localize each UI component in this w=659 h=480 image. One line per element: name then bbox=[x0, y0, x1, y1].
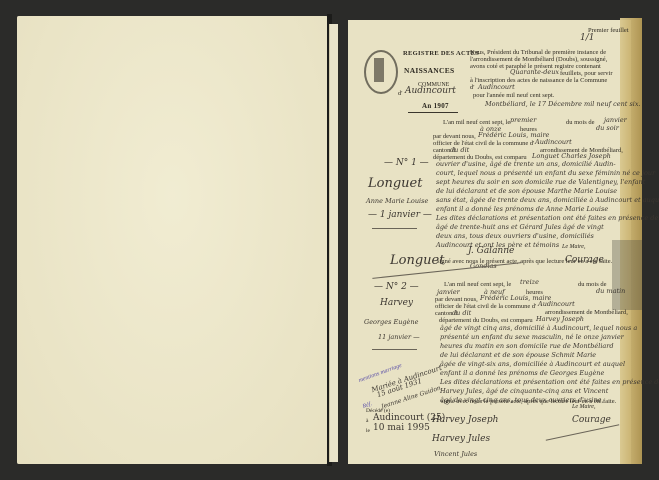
signature: Longuet bbox=[390, 253, 444, 268]
left-page-blank bbox=[17, 16, 328, 464]
cert-line4: feuillets, pour servir bbox=[560, 70, 613, 77]
act2-given-names: Georges Eugène bbox=[364, 318, 418, 326]
act1-body-line: court, lequel nous a présenté un enfant … bbox=[436, 169, 655, 177]
death-date: 10 mai 1995 bbox=[373, 423, 430, 433]
act1-surname: Longuet bbox=[368, 176, 422, 191]
seal-stamp-icon bbox=[364, 50, 398, 94]
header-rule bbox=[408, 112, 458, 113]
cert-line6-prefix: d' bbox=[470, 84, 474, 91]
act1-body-line: âgé de trente-huit ans et Gérard Jules â… bbox=[436, 223, 604, 231]
act2-body-line: présenté un enfant du sexe masculin, né … bbox=[440, 333, 624, 341]
cert-line1: Nous, Président du Tribunal de première … bbox=[470, 49, 606, 56]
death-date-prefix: le bbox=[366, 428, 370, 434]
signature: Courage bbox=[565, 255, 604, 265]
act2-date: 11 janvier — bbox=[378, 333, 420, 341]
act2-body-line: âgé de vingt cinq ans, domicilié à Audin… bbox=[440, 324, 637, 332]
act2-declarant: Harvey Joseph bbox=[536, 315, 584, 323]
act2-canton-hand: du dit bbox=[452, 309, 471, 317]
act1-period: du soir bbox=[596, 124, 619, 132]
signature: Vincent Jules bbox=[434, 450, 477, 458]
act2-body-line: Harvey Jules, âgé de cinquante-cinq ans … bbox=[440, 387, 608, 395]
act1-month-label: du mois de bbox=[566, 119, 595, 126]
act1-devant: par devant nous, bbox=[433, 133, 476, 140]
act1-body-line: sans état, âgée de trente deux ans, domi… bbox=[436, 196, 659, 204]
act2-body-line: Les dites déclarations et présentation o… bbox=[440, 378, 659, 386]
act2-surname: Harvey bbox=[380, 298, 413, 308]
act2-body-line: de lui déclarant et de son épouse Schmit… bbox=[440, 351, 596, 359]
page-number-handwritten: 1/1 bbox=[580, 33, 594, 43]
act2-month: janvier bbox=[437, 288, 460, 296]
header-commune-prefix: d' bbox=[398, 90, 402, 97]
act1-day: premier bbox=[510, 116, 536, 124]
act1-mayor-label: Le Maire, bbox=[562, 244, 585, 250]
act1-given-names: Anne Marie Louise bbox=[366, 197, 428, 205]
cert-line2: l'arrondissement de Montbéliard (Doubs),… bbox=[470, 56, 607, 63]
cert-line4-hand: Quarante-deux bbox=[510, 68, 559, 76]
act1-canton-hand: du dit bbox=[450, 146, 469, 154]
act2-commune: Audincourt bbox=[538, 300, 575, 308]
act2-period: du matin bbox=[596, 287, 625, 295]
act2-devant: par devant nous, bbox=[435, 296, 478, 303]
signature: J. Galanne bbox=[468, 246, 514, 256]
act1-officier: officier de l'état civil de la commune d… bbox=[433, 140, 534, 147]
cert-line6-hand: Audincourt bbox=[478, 83, 515, 91]
act2-body-line: âgée de vingt-six ans, domiciliée à Audi… bbox=[440, 360, 625, 368]
act1-number: — N° 1 — bbox=[384, 158, 429, 168]
act2-officier: officier de l'état civil de la commune d… bbox=[435, 303, 536, 310]
act1-body-line: de lui déclarant et de son épouse Marthe… bbox=[436, 187, 617, 195]
header-year: An 1907 bbox=[422, 102, 449, 110]
act1-month: janvier bbox=[604, 116, 627, 124]
act2-margin-rule bbox=[372, 349, 417, 350]
act2-body-line: heures du matin en son domicile rue de M… bbox=[440, 342, 614, 350]
act1-date: — 1 janvier — bbox=[368, 210, 432, 220]
act1-body-line: enfant il a donné les prénoms de Anne Ma… bbox=[436, 205, 608, 213]
header-registre: REGISTRE DES ACTES bbox=[403, 50, 479, 57]
act2-body-line: enfant il a donné les prénoms de Georges… bbox=[440, 369, 604, 377]
signature: Courage bbox=[572, 415, 611, 425]
act1-body-line: sept heures du soir en son domicile rue … bbox=[436, 178, 645, 186]
cert-line7: pour l'année mil neuf cent sept. bbox=[473, 92, 554, 99]
act1-body-line: deux ans, tous deux ouvriers d'usine, do… bbox=[436, 232, 594, 240]
act2-dept: département du Doubs, est comparu bbox=[439, 317, 533, 324]
header-naissances: NAISSANCES bbox=[404, 66, 455, 75]
page-edge bbox=[329, 24, 338, 462]
death-place-prefix: à bbox=[366, 418, 368, 424]
act2-number: — N° 2 — bbox=[374, 282, 419, 292]
act2-mayor-label: Le Maire, bbox=[572, 404, 595, 410]
header-commune-name: Audincourt bbox=[405, 86, 456, 96]
act2-intro: L'an mil neuf cent sept, le bbox=[444, 281, 511, 288]
act1-margin-rule bbox=[372, 228, 417, 229]
act2-day: treize bbox=[520, 278, 539, 286]
act1-body-line: ouvrier d'usine, âgé de trente un ans, d… bbox=[436, 160, 616, 168]
signature: Harvey Joseph bbox=[432, 415, 498, 425]
act1-body-line: Les dites déclarations et présentation o… bbox=[436, 214, 658, 222]
signature: Harvey Jules bbox=[432, 434, 490, 444]
cert-date-line: Montbéliard, le 17 Décembre mil neuf cen… bbox=[485, 100, 641, 108]
act1-declarant: Longuet Charles Joseph bbox=[532, 152, 611, 160]
tape-stain bbox=[612, 240, 642, 310]
act1-commune: Audincourt bbox=[535, 138, 572, 146]
